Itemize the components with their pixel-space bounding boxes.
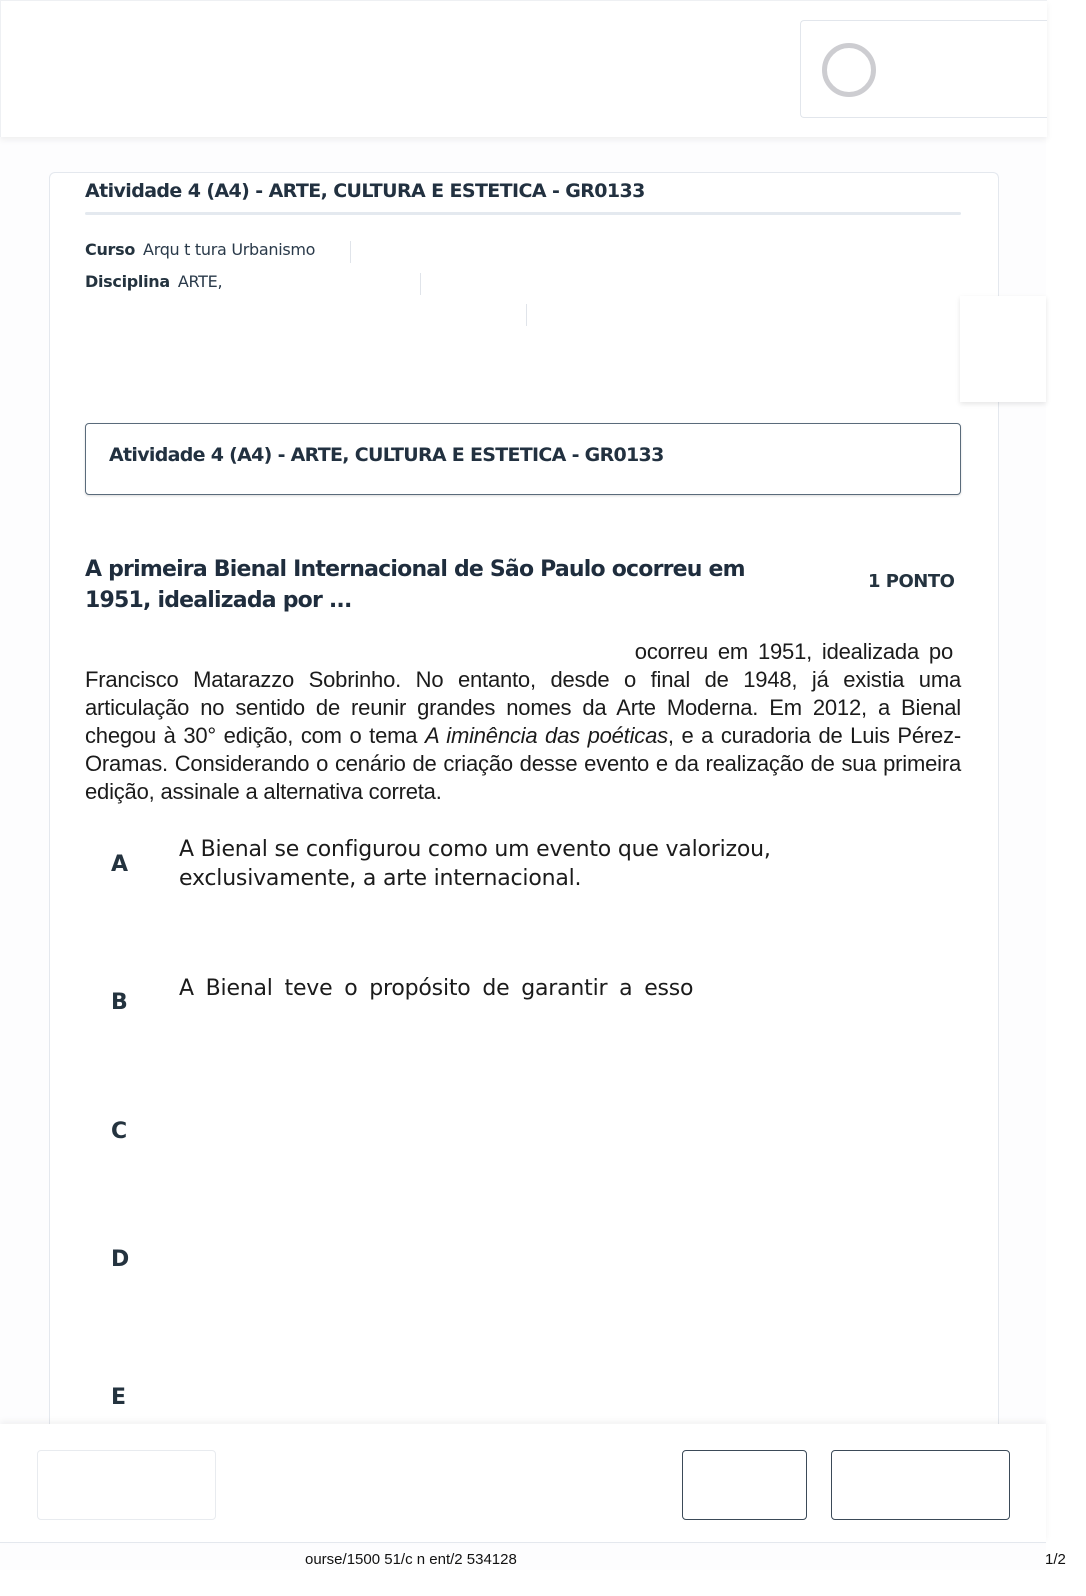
title-divider (85, 212, 961, 215)
activity-title: Atividade 4 (A4) - ARTE, CULTURA E ESTET… (109, 444, 664, 466)
option-letter[interactable]: C (111, 1119, 127, 1144)
action-button[interactable] (682, 1450, 807, 1520)
side-panel[interactable] (960, 296, 1046, 402)
course-label: Curso (85, 240, 135, 259)
previous-button[interactable] (37, 1450, 216, 1520)
footer-page-indicator: 1/2 (1045, 1551, 1066, 1568)
question-body-first-line: ocorreu em 1951, idealizada po (85, 638, 961, 666)
question-body-italic: A iminência das poéticas (425, 723, 668, 748)
course-info: CursoArqu t tura Urbanismo (85, 240, 315, 259)
circle-progress-icon (822, 43, 876, 97)
activity-title-box: Atividade 4 (A4) - ARTE, CULTURA E ESTET… (85, 423, 961, 495)
question-points: 1 PONTO (868, 571, 954, 592)
discipline-label: Disciplina (85, 272, 170, 291)
meta-divider (526, 304, 527, 326)
meta-divider (350, 241, 351, 263)
footer-url: ourse/1500 51/c n ent/2 534128 (305, 1551, 517, 1568)
option-letter[interactable]: B (111, 990, 128, 1015)
page-title: Atividade 4 (A4) - ARTE, CULTURA E ESTET… (85, 180, 645, 202)
option-letter[interactable]: D (111, 1247, 129, 1272)
next-button[interactable] (831, 1450, 1010, 1520)
discipline-info: DisciplinaARTE, (85, 272, 222, 291)
main-card (49, 172, 999, 1473)
option-letter[interactable]: A (111, 852, 128, 877)
option-text[interactable]: A Bienal teve o propósito de garantir a … (179, 974, 939, 1003)
option-text[interactable]: A Bienal se configurou como um evento qu… (179, 835, 939, 893)
question-body: ocorreu em 1951, idealizada po Francisco… (85, 638, 961, 806)
question-title: A primeira Bienal Internacional de São P… (85, 554, 785, 616)
discipline-value: ARTE, (178, 272, 222, 291)
course-value: Arqu t tura Urbanismo (143, 240, 315, 259)
option-letter[interactable]: E (111, 1385, 126, 1410)
meta-divider (420, 273, 421, 295)
